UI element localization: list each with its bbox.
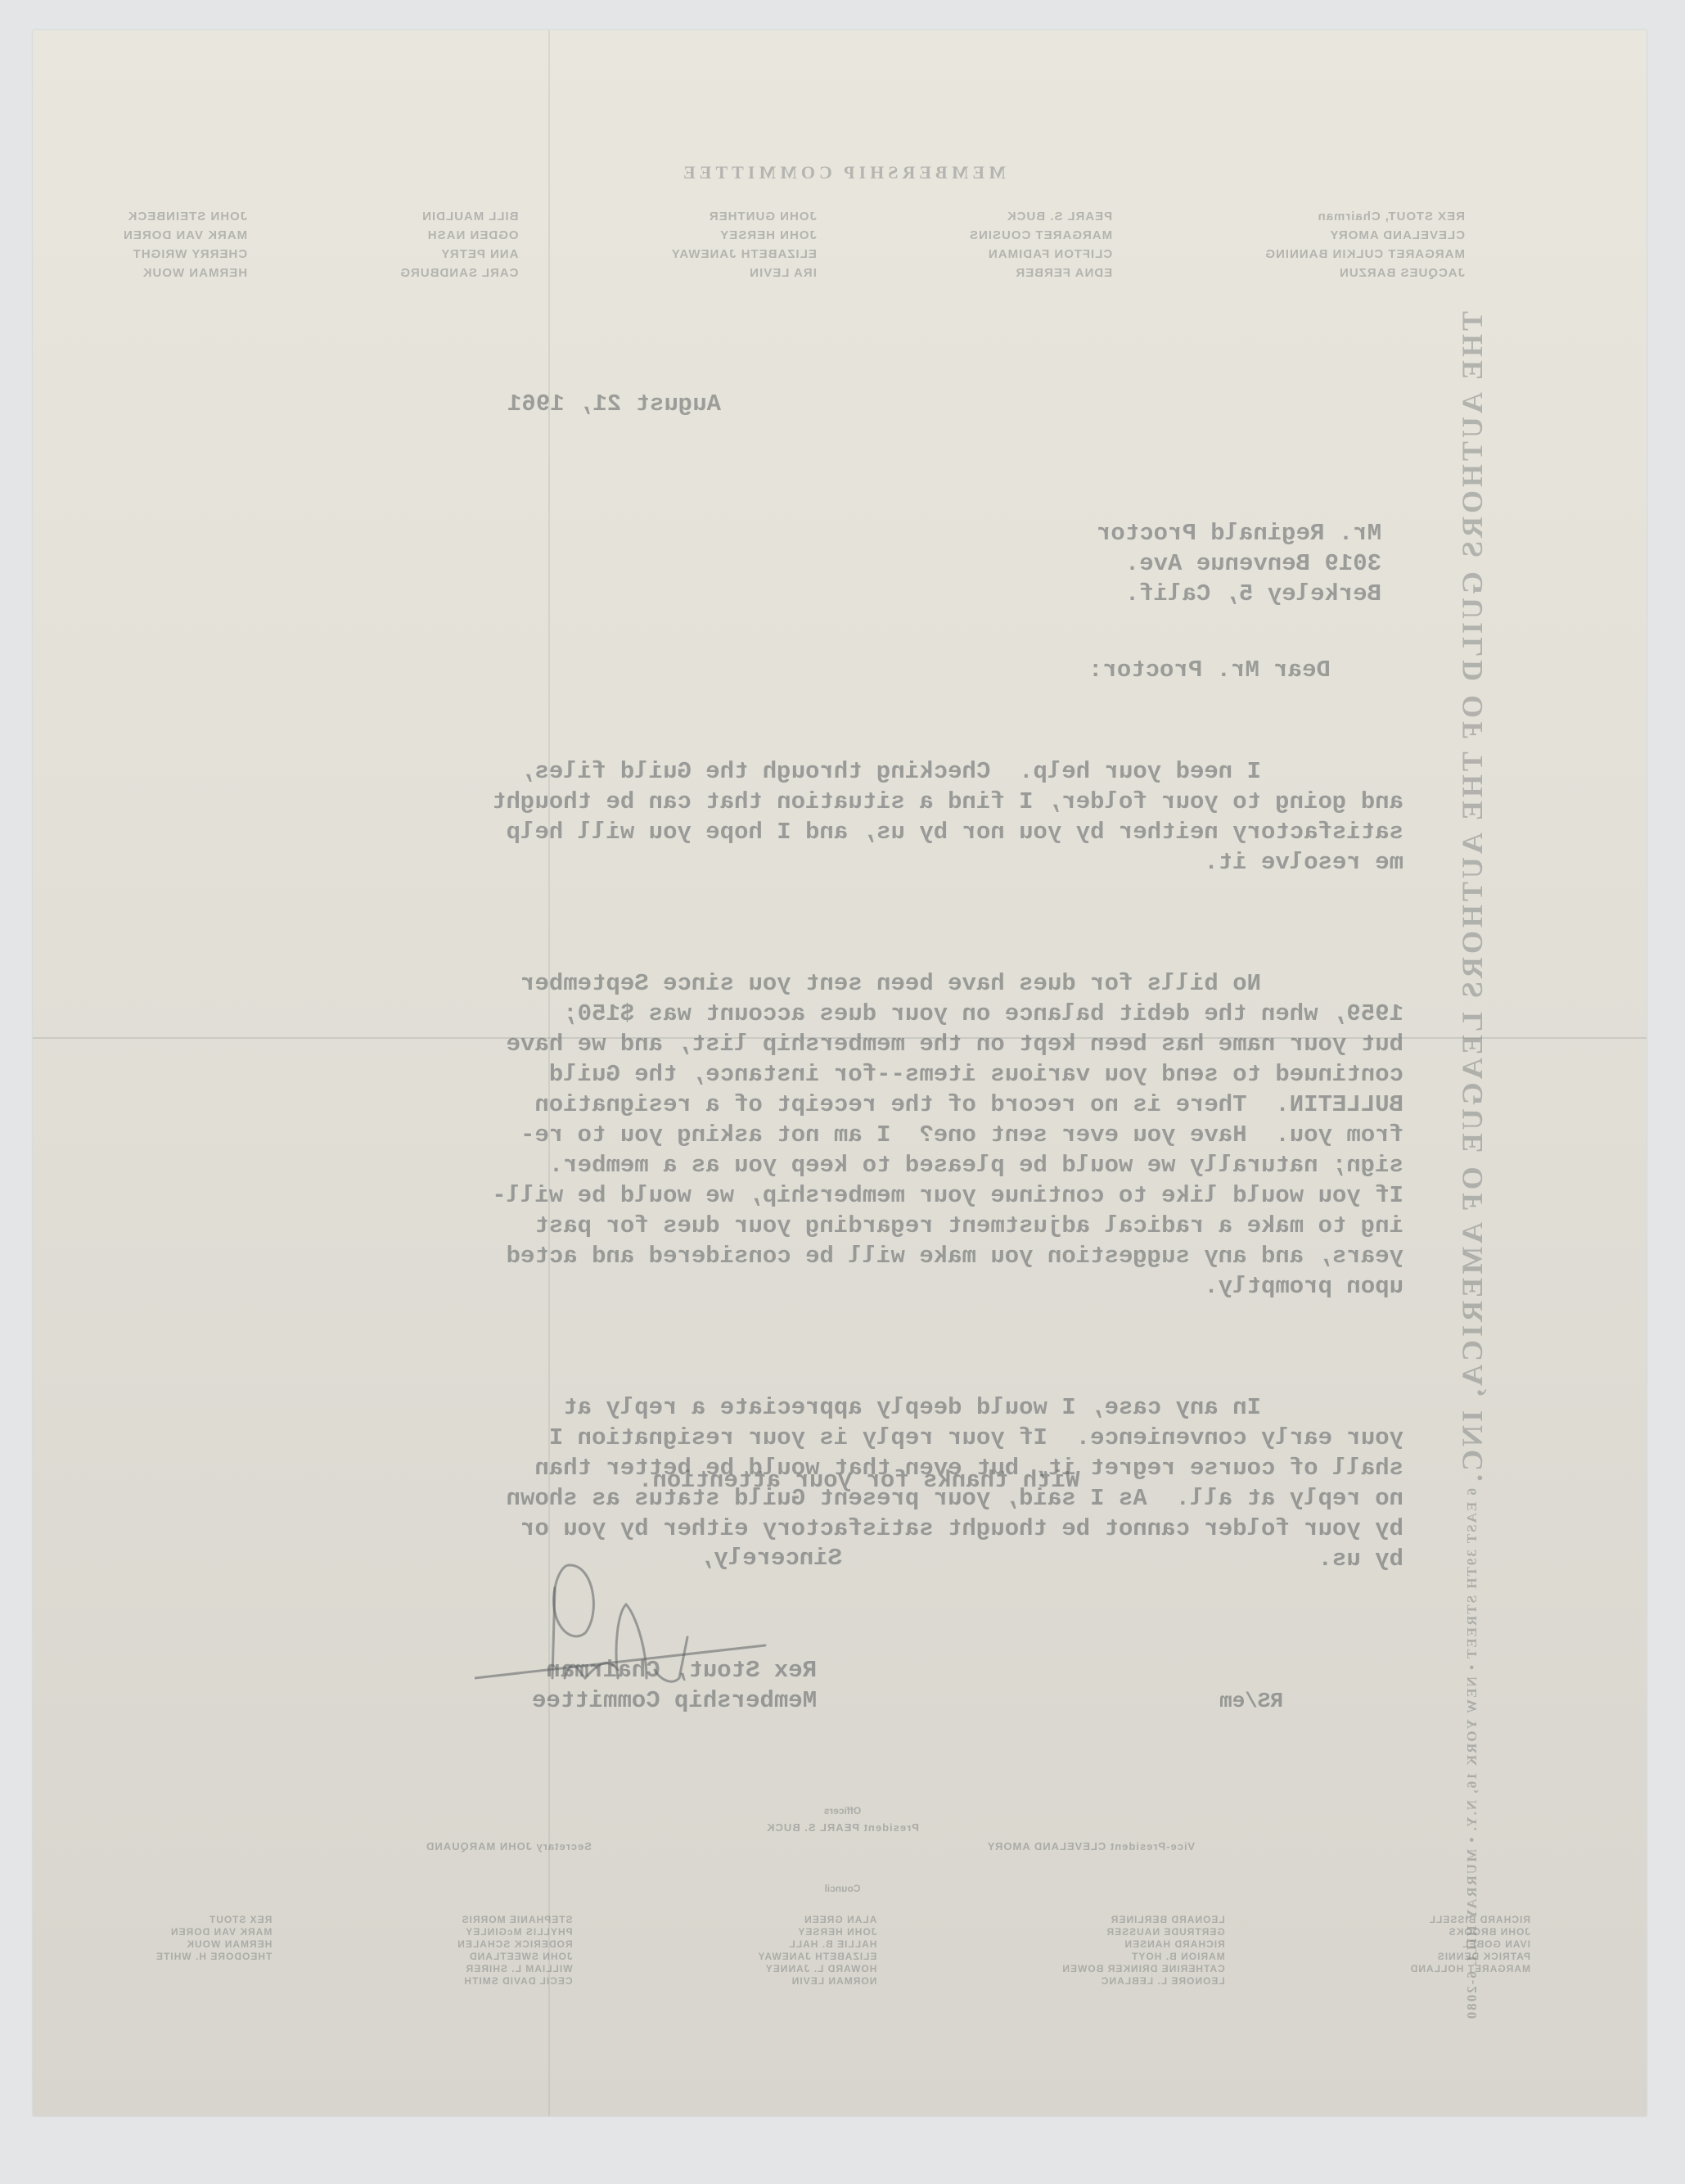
council-member: RICHARD BISSELL [1410, 1914, 1530, 1926]
letterhead-vertical: THE AUTHORS GUILD OF THE AUTHORS LEAGUE … [1455, 311, 1489, 2020]
council-member: JOHN HERSEY [758, 1926, 877, 1938]
committee-column: REX STOUT, Chairman CLEVELAND AMORY MARG… [1264, 207, 1465, 282]
committee-member: CARL SANDBURG [399, 264, 518, 282]
committee-member: ELIZABETH JANEWAY [671, 245, 817, 264]
committee-member-list: REX STOUT, Chairman CLEVELAND AMORY MARG… [123, 207, 1465, 282]
council-title: Council [0, 1883, 1685, 1894]
committee-member: ANN PETRY [399, 245, 518, 264]
committee-member: EDNA FERBER [969, 264, 1112, 282]
committee-member: CLIFTON FADIMAN [969, 245, 1112, 264]
council-column: REX STOUT MARK VAN DOREN HERMAN WOUK THE… [155, 1914, 272, 1988]
recipient-address: Mr. Reginald Proctor3019 Benvenue Ave.Be… [1097, 518, 1381, 609]
committee-column: JOHN STEINBECK MARK VAN DOREN CHERRY WRI… [123, 207, 247, 282]
council-member: PATRICK DENNIS [1410, 1951, 1530, 1963]
council-member: MARGARET HOLLAND [1410, 1963, 1530, 1975]
council-member: THEODORE H. WHITE [155, 1951, 272, 1963]
council-member-list: RICHARD BISSELL JOHN BROOKS IVAN GOBEL P… [155, 1914, 1530, 1988]
council-member: GERTRUDE NAUSSER [1061, 1926, 1224, 1938]
committee-member: HERMAN WOUK [123, 264, 247, 282]
committee-member: JOHN HERSEY [671, 226, 817, 245]
committee-member: REX STOUT, Chairman [1264, 207, 1465, 226]
committee-member: PEARL S. BUCK [969, 207, 1112, 226]
council-member: MARK VAN DOREN [155, 1926, 272, 1938]
officer-vice-president: Vice-President CLEVELAND AMORY [987, 1840, 1195, 1852]
recipient-name: Mr. Reginald Proctor [1097, 518, 1381, 548]
committee-member: MARGARET CULKIN BANNING [1264, 245, 1465, 264]
council-member: RODERICK SCHALEN [457, 1938, 572, 1951]
officer-secretary: Secretary JOHN MARQUAND [426, 1840, 592, 1852]
committee-member: JACQUES BARZUN [1264, 264, 1465, 282]
committee-member: IRA LEVIN [671, 264, 817, 282]
council-member: JOHN SWEETLAND [457, 1951, 572, 1963]
council-column: ALAN GREEN JOHN HERSEY HALLIE B. HALL EL… [758, 1914, 877, 1988]
committee-column: BILL MAULDIN OGDEN NASH ANN PETRY CARL S… [399, 207, 518, 282]
committee-member: CLEVELAND AMORY [1264, 226, 1465, 245]
paragraph: I need your help. Checking through the G… [323, 756, 1403, 878]
reference-initials: RS/em [1219, 1686, 1283, 1717]
council-column: LEONARD BERLINER GERTRUDE NAUSSER RICHAR… [1061, 1914, 1224, 1988]
paragraph: No bills for dues have been sent you sin… [323, 968, 1403, 1302]
council-member: NORMAN LEVIN [758, 1975, 877, 1988]
council-column: STEPHANIE MORRIS PHYLLIS McGINLEY RODERI… [457, 1914, 572, 1988]
organization-name: THE AUTHORS GUILD OF THE AUTHORS LEAGUE … [1456, 311, 1489, 1485]
council-member: LEONARD BERLINER [1061, 1914, 1224, 1926]
signature-block: Rex Stout, ChairmanMembership Committee [532, 1655, 817, 1716]
committee-member: CHERRY WRIGHT [123, 245, 247, 264]
council-member: CATHERINE DRINKER BOWEN [1061, 1963, 1224, 1975]
council-member: STEPHANIE MORRIS [457, 1914, 572, 1926]
committee-member: MARGARET COUSINS [969, 226, 1112, 245]
letter-date: August 21, 1961 [507, 389, 721, 419]
committee-title: MEMBERSHIP COMMITTEE [0, 162, 1685, 183]
officers-secondary: Vice-President CLEVELAND AMORY Secretary… [426, 1840, 1195, 1852]
council-member: MARION B. HOYT [1061, 1951, 1224, 1963]
council-member: LEONORE L. LEBLANC [1061, 1975, 1224, 1988]
council-member: ALAN GREEN [758, 1914, 877, 1926]
committee-member: JOHN GUNTHER [671, 207, 817, 226]
council-column: RICHARD BISSELL JOHN BROOKS IVAN GOBEL P… [1410, 1914, 1530, 1988]
signer-name: Rex Stout, Chairman [532, 1655, 817, 1685]
recipient-city: Berkeley 5, Calif. [1097, 579, 1381, 609]
committee-member: MARK VAN DOREN [123, 226, 247, 245]
council-member: IVAN GOBEL [1410, 1938, 1530, 1951]
council-member: PHYLLIS McGINLEY [457, 1926, 572, 1938]
committee-member: BILL MAULDIN [399, 207, 518, 226]
committee-member: JOHN STEINBECK [123, 207, 247, 226]
council-member: CECIL DAVID SMITH [457, 1975, 572, 1988]
council-member: ELIZABETH JANEWAY [758, 1951, 877, 1963]
council-member: RICHARD HANSEN [1061, 1938, 1224, 1951]
council-member: HALLIE B. HALL [758, 1938, 877, 1951]
closing-line: With thanks for your attention. [638, 1465, 1080, 1496]
committee-column: JOHN GUNTHER JOHN HERSEY ELIZABETH JANEW… [671, 207, 817, 282]
council-member: REX STOUT [155, 1914, 272, 1926]
committee-column: PEARL S. BUCK MARGARET COUSINS CLIFTON F… [969, 207, 1112, 282]
officer-president: President PEARL S. BUCK [0, 1821, 1685, 1834]
signer-title: Membership Committee [532, 1685, 817, 1716]
council-member: WILLIAM L. SHIRER [457, 1963, 572, 1975]
council-member: HERMAN WOUK [155, 1938, 272, 1951]
salutation: Dear Mr. Proctor: [1088, 655, 1331, 685]
council-member: JOHN BROOKS [1410, 1926, 1530, 1938]
council-member: HOWARD L. JANNEY [758, 1963, 877, 1975]
officers-title: Officers [0, 1805, 1685, 1816]
committee-member: OGDEN NASH [399, 226, 518, 245]
recipient-street: 3019 Benvenue Ave. [1097, 548, 1381, 579]
